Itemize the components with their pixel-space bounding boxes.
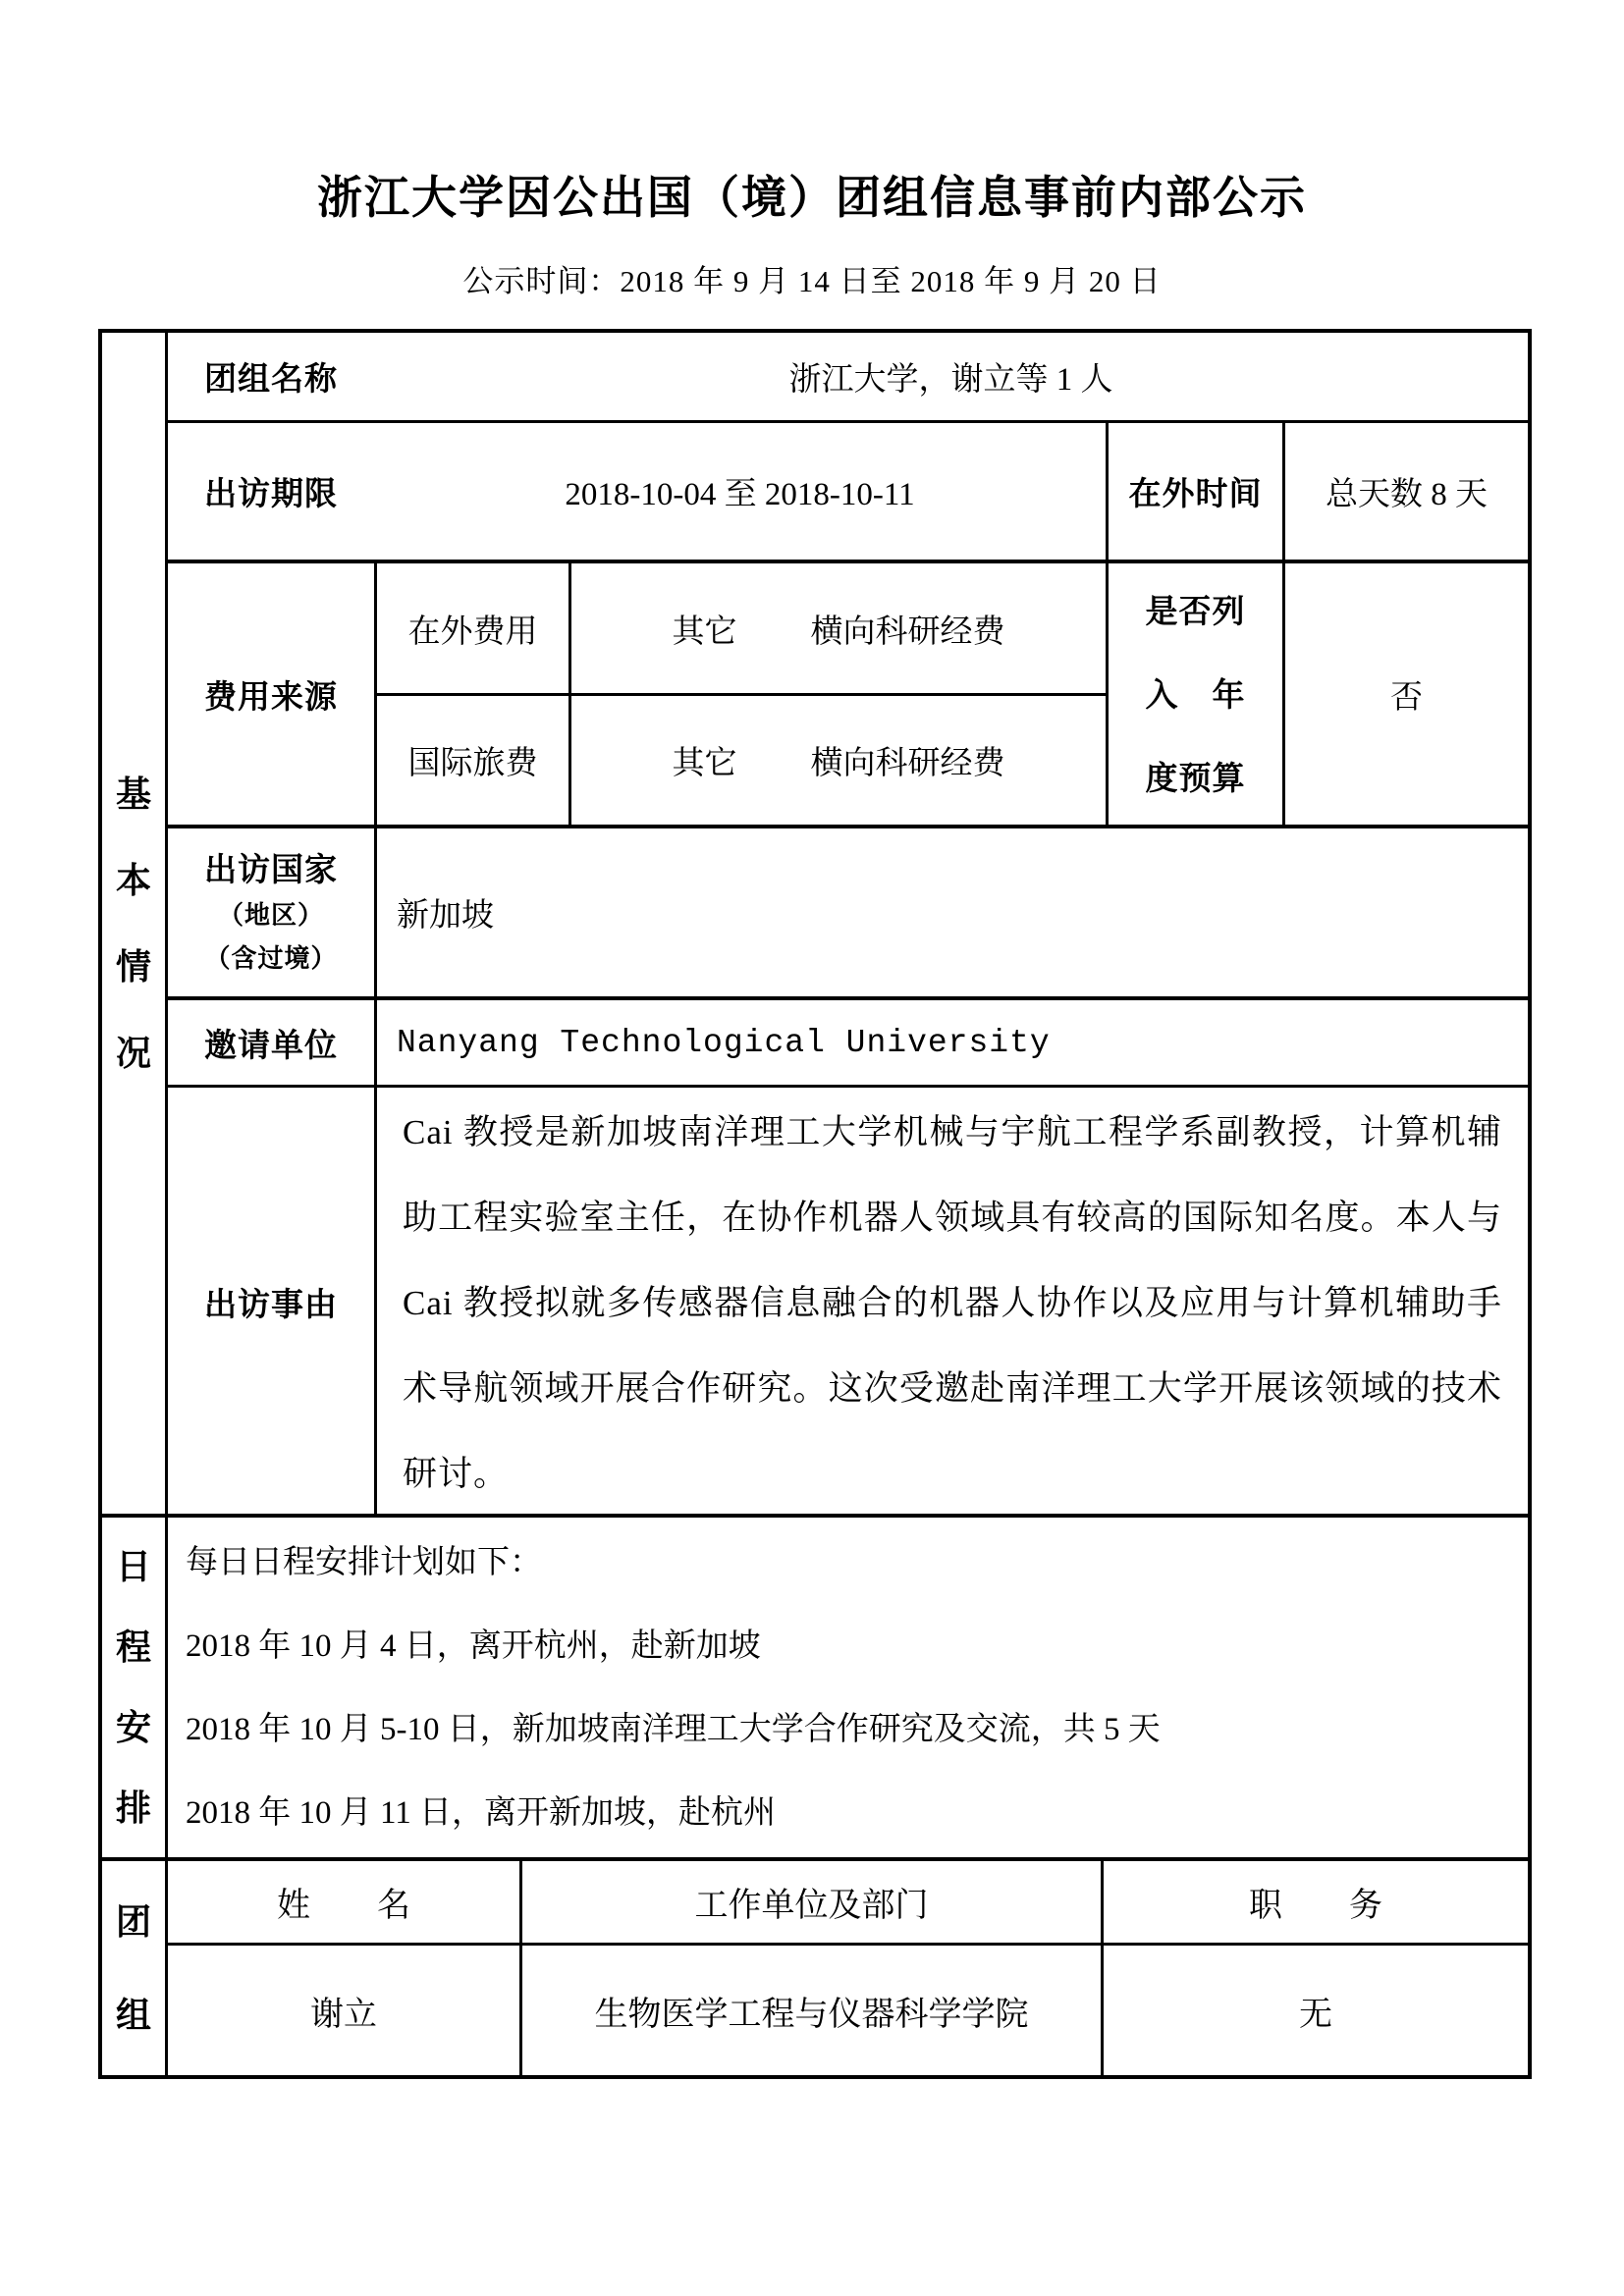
countries-label-main: 出访国家 <box>204 846 338 893</box>
section-schedule: 日 程 安 排 每日日程安排计划如下： 2018 年 10 月 4 日，离开杭州… <box>102 1514 1528 1857</box>
total-days-value: 总天数 8 天 <box>1282 420 1528 560</box>
funding-type: 其它 <box>673 737 737 783</box>
basic-label-char: 本 <box>116 863 151 898</box>
funding-label: 费用来源 <box>168 560 374 825</box>
budget-question-label: 是否列 入 年 度预算 <box>1106 560 1282 825</box>
document-title: 浙江大学因公出国（境）团组信息事前内部公示 <box>0 0 1624 223</box>
schedule-label-char: 日 <box>116 1549 151 1584</box>
reason-value: Cai 教授是新加坡南洋理工大学机械与宇航工程学系副教授，计算机辅助工程实验室主… <box>374 1085 1528 1517</box>
schedule-text: 每日日程安排计划如下： 2018 年 10 月 4 日，离开杭州，赴新加坡 20… <box>168 1518 1528 1857</box>
schedule-line: 2018 年 10 月 11 日，离开新加坡，赴杭州 <box>186 1772 1504 1855</box>
member-unit: 生物医学工程与仪器科学学院 <box>519 1943 1101 2075</box>
reason-label: 出访事由 <box>168 1085 374 1517</box>
member-name: 谢立 <box>168 1943 519 2075</box>
basic-info-grid: 团组名称 浙江大学，谢立等 1 人 出访期限 2018-10-04 至 2018… <box>168 333 1528 1514</box>
budget-answer-value: 否 <box>1282 560 1528 825</box>
budget-label-line: 度预算 <box>1146 736 1246 820</box>
budget-label-line: 是否列 <box>1146 569 1246 653</box>
schedule-line: 每日日程安排计划如下： <box>186 1522 1504 1605</box>
funding-detail-abroad: 其它 横向科研经费 <box>568 560 1106 693</box>
basic-section-label: 基 本 情 况 <box>102 333 168 1514</box>
group-name-label: 团组名称 <box>168 333 374 420</box>
visit-period-label: 出访期限 <box>168 420 374 560</box>
basic-label-char: 情 <box>116 949 151 985</box>
delegation-label-char: 团 <box>116 1904 151 1940</box>
schedule-label-char: 安 <box>116 1710 151 1745</box>
funding-source: 横向科研经费 <box>811 606 1005 652</box>
schedule-line: 2018 年 10 月 4 日，离开杭州，赴新加坡 <box>186 1605 1504 1688</box>
section-delegation: 团 组 姓 名 工作单位及部门 职 务 谢立 生物医学工程与仪器科学学院 无 <box>102 1857 1528 2075</box>
visit-period-value: 2018-10-04 至 2018-10-11 <box>374 420 1106 560</box>
funding-source: 横向科研经费 <box>811 737 1005 783</box>
countries-label: 出访国家 （地区） （含过境） <box>168 825 374 996</box>
delegation-section-label: 团 组 <box>102 1861 168 2075</box>
time-abroad-label: 在外时间 <box>1106 420 1282 560</box>
funding-category-abroad: 在外费用 <box>374 560 568 693</box>
delegation-label-char: 组 <box>116 1998 151 2033</box>
delegation-header-title: 职 务 <box>1101 1861 1528 1943</box>
delegation-header-name: 姓 名 <box>168 1861 519 1943</box>
basic-label-char: 况 <box>116 1036 151 1071</box>
schedule-label-char: 程 <box>116 1629 151 1665</box>
inviter-value: Nanyang Technological University <box>374 996 1528 1085</box>
delegation-header-unit: 工作单位及部门 <box>519 1861 1101 1943</box>
member-title: 无 <box>1101 1943 1528 2075</box>
delegation-table: 姓 名 工作单位及部门 职 务 谢立 生物医学工程与仪器科学学院 无 <box>168 1861 1528 2075</box>
funding-detail-intl: 其它 横向科研经费 <box>568 693 1106 825</box>
schedule-line: 2018 年 10 月 5-10 日，新加坡南洋理工大学合作研究及交流，共 5 … <box>186 1688 1504 1772</box>
group-name-value: 浙江大学，谢立等 1 人 <box>374 333 1528 420</box>
countries-value: 新加坡 <box>374 825 1528 996</box>
countries-label-region: （地区） <box>218 893 324 936</box>
inviter-label: 邀请单位 <box>168 996 374 1085</box>
info-table: 基 本 情 况 团组名称 浙江大学，谢立等 1 人 出访期限 2018-10-0… <box>98 329 1532 2079</box>
budget-label-line: 入 年 <box>1146 653 1246 736</box>
document-page: 浙江大学因公出国（境）团组信息事前内部公示 公示时间：2018 年 9 月 14… <box>0 0 1624 2296</box>
publicity-period: 公示时间：2018 年 9 月 14 日至 2018 年 9 月 20 日 <box>0 256 1624 300</box>
funding-type: 其它 <box>673 606 737 652</box>
schedule-section-label: 日 程 安 排 <box>102 1518 168 1857</box>
countries-label-transit: （含过境） <box>204 936 337 980</box>
basic-label-char: 基 <box>116 776 151 812</box>
section-basic-info: 基 本 情 况 团组名称 浙江大学，谢立等 1 人 出访期限 2018-10-0… <box>102 333 1528 1514</box>
funding-category-intl: 国际旅费 <box>374 693 568 825</box>
schedule-label-char: 排 <box>116 1790 151 1826</box>
